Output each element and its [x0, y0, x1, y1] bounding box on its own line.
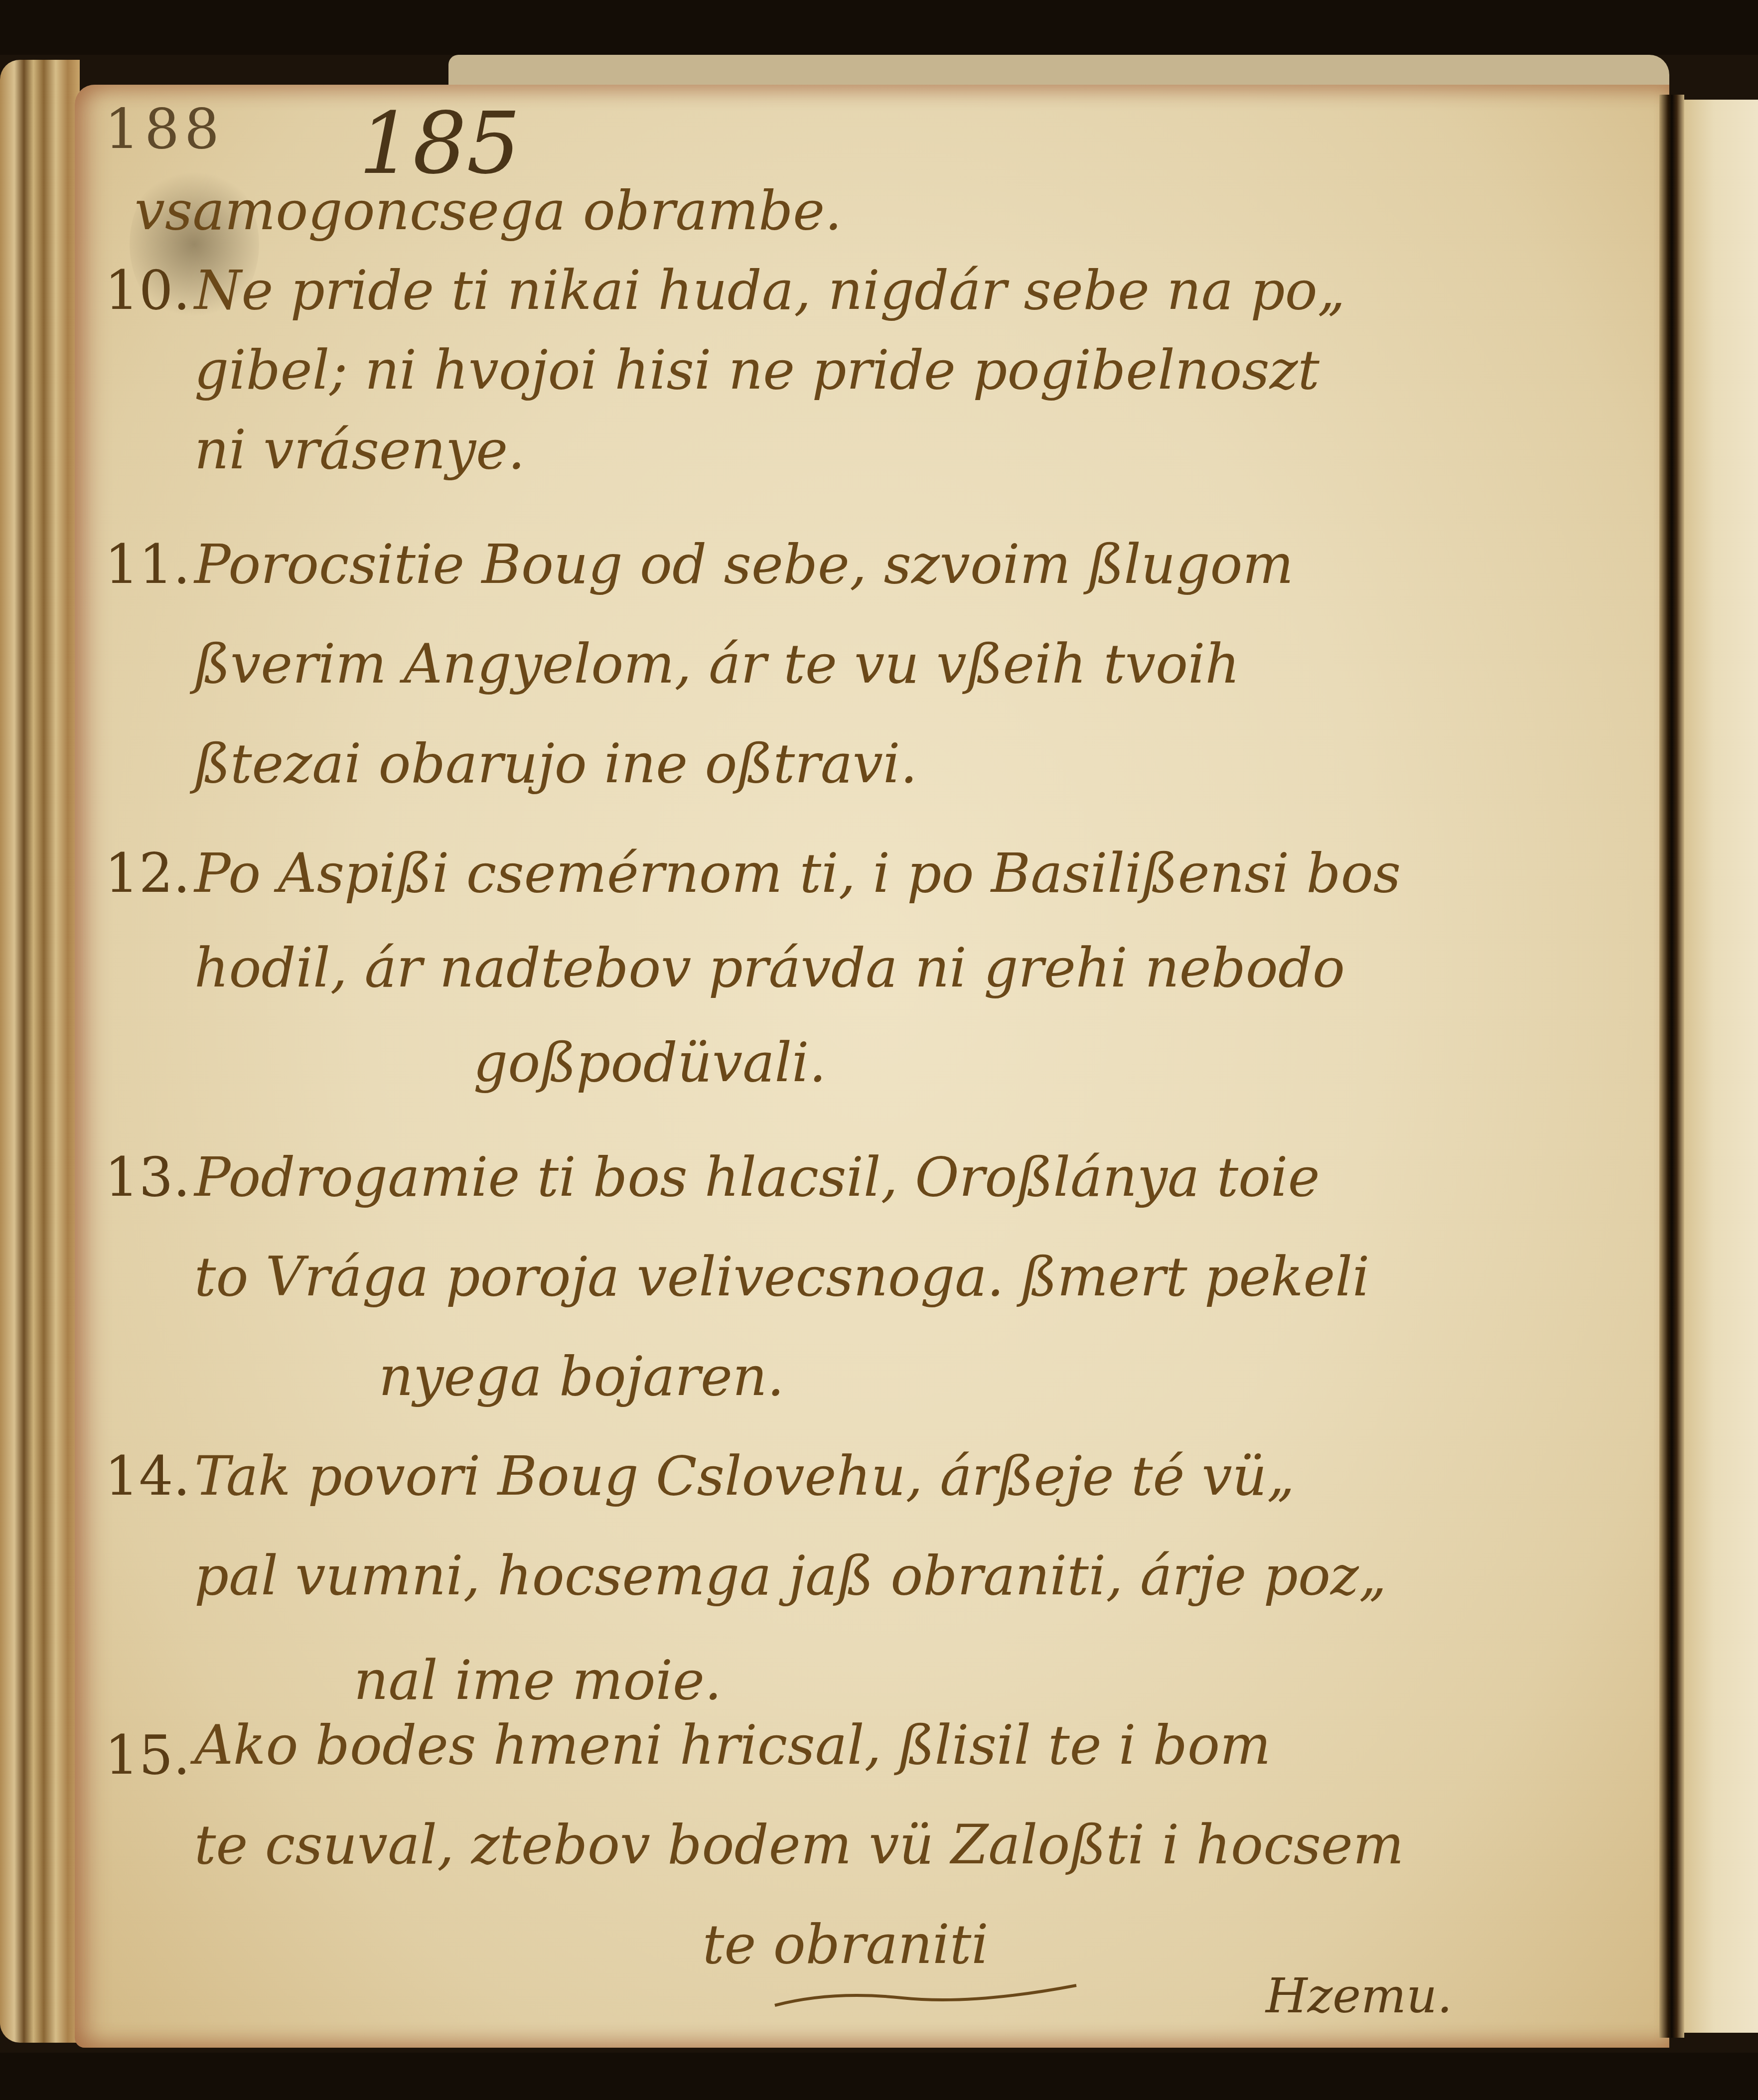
text-line: gibel; ni hvojoi hisi ne pride pogibelno…	[194, 344, 1319, 398]
text-line: Po Aspißi csemérnom ti, i po Basilißensi…	[194, 847, 1401, 901]
text-line: ni vrásenye.	[194, 423, 525, 477]
text-line: hodil, ár nadtebov právda ni grehi nebod…	[194, 942, 1345, 995]
text-line: ßtezai obarujo ine oßtravi.	[194, 737, 917, 791]
verse-number: 15.	[105, 1729, 190, 1783]
catchword: Hzemu.	[1266, 1968, 1452, 2024]
text-line: Porocsitie Boug od sebe, szvoim ßlugom	[194, 538, 1294, 592]
book-gutter	[1659, 95, 1684, 2038]
verse-number: 13.	[105, 1151, 190, 1205]
flourish-line	[772, 1980, 1081, 2010]
text-line: nal ime moie.	[354, 1654, 722, 1708]
text-line: te csuval, ztebov bodem vü Zaloßti i hoc…	[194, 1819, 1404, 1872]
verse-number: 14.	[105, 1450, 190, 1504]
verse-number: 12.	[105, 847, 190, 901]
page-stack-edge	[0, 60, 80, 2043]
verse-number: 11.	[105, 538, 190, 592]
text-line: to Vrága poroja velivecsnoga. ßmert peke…	[194, 1251, 1370, 1304]
text-line: Tak povori Boug Cslovehu, árßeje té vü„	[194, 1450, 1295, 1504]
text-line: Ne pride ti nikai huda, nigdár sebe na p…	[194, 264, 1345, 318]
verse-number: 10.	[105, 264, 190, 318]
text-line: ßverim Angyelom, ár te vu vßeih tvoih	[194, 638, 1240, 692]
text-line: te obraniti	[703, 1918, 989, 1972]
old-page-number: 188	[105, 97, 224, 161]
text-line: pal vumni, hocsemga jaß obraniti, árje p…	[194, 1549, 1387, 1603]
text-line: goßpodüvali.	[473, 1036, 826, 1090]
page-number: 185	[359, 95, 520, 193]
text-line: Ako bodes hmeni hricsal, ßlisil te i bom	[194, 1719, 1271, 1773]
text-line: Podrogamie ti bos hlacsil, Oroßlánya toi…	[194, 1151, 1320, 1205]
facing-page-edge	[1684, 100, 1758, 2033]
text-line: nyega bojaren.	[379, 1350, 784, 1404]
text-line: vsamogoncsega obrambe.	[135, 184, 842, 238]
